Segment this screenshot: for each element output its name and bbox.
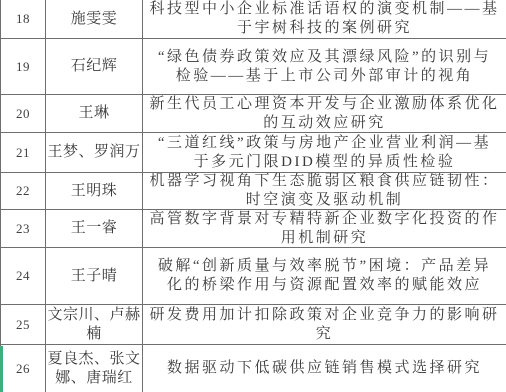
row-number-cell: 19 — [1, 39, 46, 94]
title-cell: 研发费用加计扣除政策对企业竞争力的影响研 究 — [143, 305, 506, 344]
title-cell: 科技型中小企业标准话语权的演变机制——基 于宇树科技的案例研究 — [143, 0, 506, 38]
author-cell: 文宗川、卢赫 楠 — [46, 305, 143, 344]
author-cell: 石纪辉 — [46, 39, 143, 94]
row-number-cell: 22 — [1, 173, 46, 209]
document-table-view: 18 施雯雯 科技型中小企业标准话语权的演变机制——基 于宇树科技的案例研究 1… — [0, 0, 506, 392]
title-cell: 数据驱动下低碳供应链销售模式选择研究 — [143, 345, 506, 392]
title-cell: 破解“创新质量与效率脱节”困境：产品差异 化的桥梁作用与资源配置效率的赋能效应 — [143, 248, 506, 304]
table-row: 26 夏良杰、张文 娜、唐瑞红 数据驱动下低碳供应链销售模式选择研究 — [1, 345, 506, 392]
table-row: 21 王梦、罗润万 “三道红线”政策与房地产企业营业利润—基 于多元门限DID模… — [1, 133, 506, 173]
table-row: 25 文宗川、卢赫 楠 研发费用加计扣除政策对企业竞争力的影响研 究 — [1, 305, 506, 345]
author-cell: 王琳 — [46, 95, 143, 132]
table-row: 22 王明珠 机器学习视角下生态脆弱区粮食供应链韧性： 时空演变及驱动机制 — [1, 173, 506, 210]
title-cell: 高管数字背景对专精特新企业数字化投资的作 用机制研究 — [143, 210, 506, 247]
title-cell: “绿色债券政策效应及其漂绿风险”的识别与 检验——基于上市公司外部审计的视角 — [143, 39, 506, 94]
author-cell: 王一睿 — [46, 210, 143, 247]
row-number-cell: 20 — [1, 95, 46, 132]
author-cell: 王明珠 — [46, 173, 143, 209]
table-row: 20 王琳 新生代员工心理资本开发与企业激励体系优化 的互动效应研究 — [1, 95, 506, 133]
title-cell: 新生代员工心理资本开发与企业激励体系优化 的互动效应研究 — [143, 95, 506, 132]
table-row: 19 石纪辉 “绿色债券政策效应及其漂绿风险”的识别与 检验——基于上市公司外部… — [1, 39, 506, 95]
row-number-cell: 24 — [1, 248, 46, 304]
title-cell: “三道红线”政策与房地产企业营业利润—基 于多元门限DID模型的异质性检验 — [143, 133, 506, 172]
revision-indicator-bar — [0, 346, 3, 392]
author-cell: 王子晴 — [46, 248, 143, 304]
submissions-table: 18 施雯雯 科技型中小企业标准话语权的演变机制——基 于宇树科技的案例研究 1… — [0, 0, 506, 392]
author-cell: 施雯雯 — [46, 0, 143, 38]
table-row: 24 王子晴 破解“创新质量与效率脱节”困境：产品差异 化的桥梁作用与资源配置效… — [1, 248, 506, 305]
table-row: 23 王一睿 高管数字背景对专精特新企业数字化投资的作 用机制研究 — [1, 210, 506, 248]
row-number-cell: 23 — [1, 210, 46, 247]
row-number-cell: 26 — [1, 345, 46, 392]
table-row: 18 施雯雯 科技型中小企业标准话语权的演变机制——基 于宇树科技的案例研究 — [1, 0, 506, 39]
author-cell: 夏良杰、张文 娜、唐瑞红 — [46, 345, 143, 392]
row-number-cell: 25 — [1, 305, 46, 344]
row-number-cell: 18 — [1, 0, 46, 38]
author-cell: 王梦、罗润万 — [46, 133, 143, 172]
row-number-cell: 21 — [1, 133, 46, 172]
title-cell: 机器学习视角下生态脆弱区粮食供应链韧性： 时空演变及驱动机制 — [143, 173, 506, 209]
